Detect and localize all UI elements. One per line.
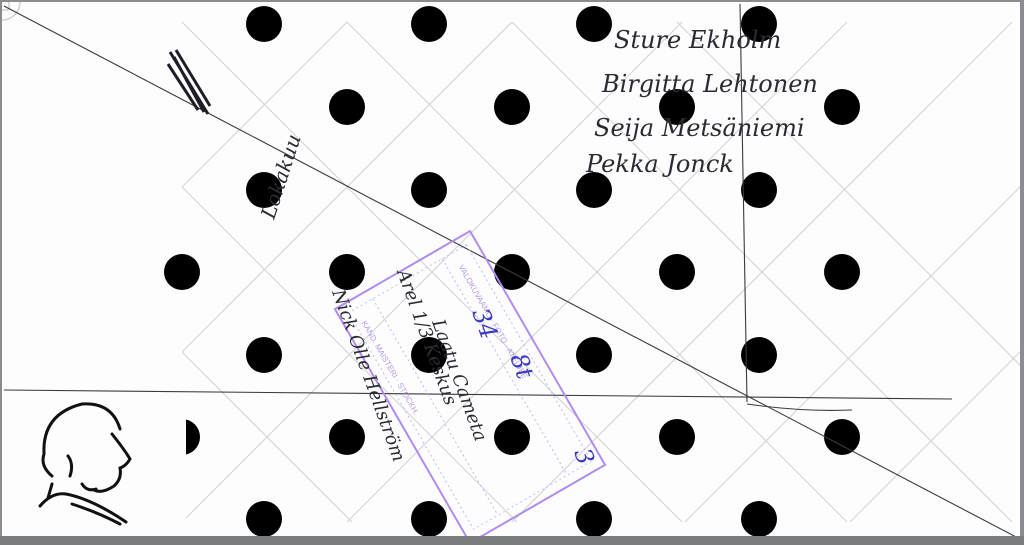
scan-bottom-edge <box>0 536 1024 545</box>
blue-marks: 34 8t 3 <box>466 304 600 468</box>
scribble-mark <box>168 50 210 114</box>
name-2: Birgitta Lehtonen <box>601 70 818 98</box>
name-3: Seija Metsäniemi <box>594 114 805 142</box>
name-4: Pekka Jonck <box>585 150 734 178</box>
lock-icon <box>2 2 20 20</box>
svg-text:3: 3 <box>568 444 600 468</box>
portrait-icon <box>2 394 192 534</box>
name-1: Sture Ekholm <box>614 26 781 54</box>
photo-back: Lokakuu Sture Ekholm Birgitta Lehtonen S… <box>2 2 1020 538</box>
watermark-lattice <box>182 22 1020 522</box>
